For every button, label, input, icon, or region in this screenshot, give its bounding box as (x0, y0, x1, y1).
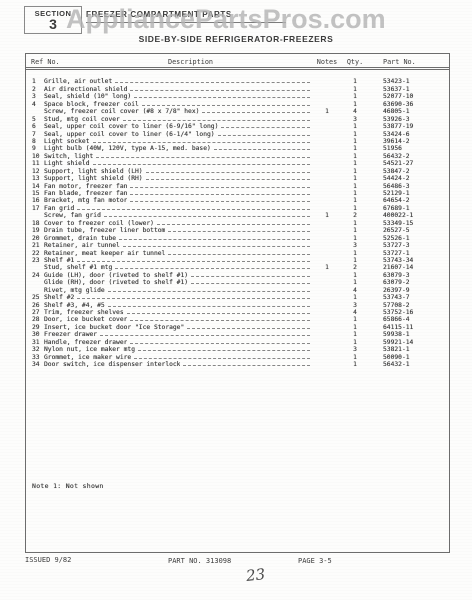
description-text: Rivet, mtg glide (44, 287, 105, 294)
ref-no-cell: 30 (26, 331, 44, 338)
leader-dashes (134, 358, 310, 359)
leader-dashes (115, 268, 310, 269)
part-no-cell: 53637-1 (369, 86, 449, 93)
leader-dashes (130, 343, 310, 344)
part-no-cell: 39614-2 (369, 138, 449, 145)
ref-no-cell: 1 (26, 78, 44, 85)
table-row: 14Fan motor, freezer fan156486-3 (26, 182, 449, 189)
table-row: Glide (RH), door (riveted to shelf #1)16… (26, 279, 449, 286)
ref-no-cell: 23 (26, 257, 44, 264)
description-text: Freezer drawer (44, 331, 97, 338)
leader-dashes (214, 149, 310, 150)
leader-dashes (93, 142, 311, 143)
part-no-cell: 65866-4 (369, 316, 449, 323)
description-text: Glide (RH), door (riveted to shelf #1) (44, 279, 188, 286)
table-row: 33Grommet, ice maker wire150090-1 (26, 353, 449, 360)
qty-cell: 1 (341, 145, 369, 152)
description-cell: Grille, air outlet (44, 78, 313, 85)
description-cell: Air directional shield (44, 86, 313, 93)
ref-no-cell: 10 (26, 153, 44, 160)
qty-cell: 1 (341, 339, 369, 346)
description-text: Grommet, drain tube (44, 235, 116, 242)
description-text: Seal, upper coil cover to liner (6-1/4" … (44, 131, 215, 138)
handwritten-page-number: 23 (245, 565, 266, 585)
description-cell: Grommet, drain tube (44, 235, 313, 242)
qty-cell: 1 (341, 279, 369, 286)
qty-cell: 1 (341, 131, 369, 138)
description-cell: Guide (LH), door (riveted to shelf #1) (44, 272, 313, 279)
qty-cell: 3 (341, 302, 369, 309)
description-cell: Cover to freezer coil (lower) (44, 220, 313, 227)
ref-no-cell: 29 (26, 324, 44, 331)
description-cell: Retainer, air tunnel (44, 242, 313, 249)
ref-no-cell: 2 (26, 86, 44, 93)
description-text: Bracket, mtg fan motor (44, 197, 127, 204)
table-row: 32Nylon nut, ice maker mtg353821-1 (26, 346, 449, 353)
ref-no-cell: 34 (26, 361, 44, 368)
ref-no-cell: 21 (26, 242, 44, 249)
qty-cell: 1 (341, 93, 369, 100)
leader-dashes (168, 231, 310, 232)
table-row: Stud, shelf #1 mtg1221607-14 (26, 264, 449, 271)
col-header-ref: Ref No. (26, 58, 68, 66)
leader-dashes (202, 112, 310, 113)
footer-page-number: PAGE 3-5 (298, 557, 332, 565)
table-row: 6Seal, upper coil cover to liner (6-9/16… (26, 123, 449, 130)
qty-cell: 1 (341, 205, 369, 212)
leader-dashes (146, 179, 310, 180)
leader-dashes (146, 172, 310, 173)
part-no-cell: 53877-19 (369, 123, 449, 130)
description-text: Fan blade, freezer fan (44, 190, 127, 197)
description-cell: Seal, upper coil cover to liner (6-1/4" … (44, 131, 313, 138)
table-row: 11Light shield154521-27 (26, 160, 449, 167)
ref-no-cell: 28 (26, 316, 44, 323)
part-no-cell: 53926-3 (369, 116, 449, 123)
description-cell: Switch, light (44, 153, 313, 160)
description-text: Space block, freezer coil (44, 101, 139, 108)
part-no-cell: 53847-2 (369, 168, 449, 175)
leader-dashes (77, 209, 310, 210)
description-cell: Fan blade, freezer fan (44, 190, 313, 197)
table-header-row: Ref No. Description Notes Qty. Part No. (26, 54, 449, 70)
ref-no-cell: 11 (26, 160, 44, 167)
description-cell: Door, ice bucket cover (44, 316, 313, 323)
leader-dashes (130, 201, 310, 202)
qty-cell: 1 (341, 257, 369, 264)
qty-cell: 3 (341, 116, 369, 123)
description-cell: Light socket (44, 138, 313, 145)
part-no-cell: 53424-6 (369, 131, 449, 138)
leader-dashes (104, 216, 310, 217)
qty-cell: 4 (341, 309, 369, 316)
description-cell: Fan grid (44, 205, 313, 212)
qty-cell: 1 (341, 354, 369, 361)
table-row: 4Space block, freezer coil163690-36 (26, 100, 449, 107)
description-cell: Support, light shield (LH) (44, 168, 313, 175)
qty-cell: 1 (341, 153, 369, 160)
description-cell: Light bulb (40W, 120V, type A-15, med. b… (44, 145, 313, 152)
page-subtitle: SIDE-BY-SIDE REFRIGERATOR-FREEZERS (0, 34, 472, 44)
description-cell: Freezer drawer (44, 331, 313, 338)
description-text: Insert, ice bucket door "Ice Storage" (44, 324, 184, 331)
description-cell: Stud, mtg coil cover (44, 116, 313, 123)
part-no-cell: 50090-1 (369, 354, 449, 361)
leader-dashes (221, 127, 310, 128)
table-row: 8Light socket139614-2 (26, 138, 449, 145)
notes-cell: 1 (313, 108, 341, 115)
table-row: 16Bracket, mtg fan motor164654-2 (26, 197, 449, 204)
part-no-cell: 21607-14 (369, 264, 449, 271)
part-no-cell: 63079-3 (369, 272, 449, 279)
qty-cell: 1 (341, 272, 369, 279)
ref-no-cell: 32 (26, 346, 44, 353)
part-no-cell: 53423-1 (369, 78, 449, 85)
description-text: Trim, freezer shelves (44, 309, 124, 316)
qty-cell: 1 (341, 183, 369, 190)
col-header-qty: Qty. (341, 58, 369, 66)
col-header-desc: Description (68, 58, 313, 66)
col-header-notes: Notes (313, 58, 341, 66)
description-text: Guide (LH), door (riveted to shelf #1) (44, 272, 188, 279)
part-no-cell: 400022-1 (369, 212, 449, 219)
part-no-cell: 53349-15 (369, 220, 449, 227)
part-no-cell: 53743-7 (369, 294, 449, 301)
leader-dashes (108, 291, 310, 292)
table-row: 7Seal, upper coil cover to liner (6-1/4"… (26, 130, 449, 137)
part-no-cell: 56486-3 (369, 183, 449, 190)
qty-cell: 1 (341, 227, 369, 234)
ref-no-cell: 8 (26, 138, 44, 145)
description-cell: Door switch, ice dispenser interlock (44, 361, 313, 368)
ref-no-cell: 12 (26, 168, 44, 175)
table-row: 30Freezer drawer159938-1 (26, 331, 449, 338)
ref-no-cell: 24 (26, 272, 44, 279)
qty-cell: 1 (341, 190, 369, 197)
qty-cell: 1 (341, 361, 369, 368)
ref-no-cell: 19 (26, 227, 44, 234)
description-text: Nylon nut, ice maker mtg (44, 346, 135, 353)
table-row: 28Door, ice bucket cover165866-4 (26, 316, 449, 323)
description-cell: Shelf #1 (44, 257, 313, 264)
description-text: Drain tube, freezer liner bottom (44, 227, 165, 234)
leader-dashes (157, 224, 310, 225)
ref-no-cell: 4 (26, 101, 44, 108)
leader-dashes (183, 365, 310, 366)
description-text: Retainer, air tunnel (44, 242, 120, 249)
ref-no-cell: 33 (26, 354, 44, 361)
part-no-cell: 63079-2 (369, 279, 449, 286)
qty-cell: 2 (341, 264, 369, 271)
description-cell: Retainer, meat keeper air tunnel (44, 250, 313, 257)
description-cell: Nylon nut, ice maker mtg (44, 346, 313, 353)
table-row: 22Retainer, meat keeper air tunnel153727… (26, 249, 449, 256)
part-no-cell: 53743-34 (369, 257, 449, 264)
part-no-cell: 53821-1 (369, 346, 449, 353)
table-row: 10Switch, light156432-2 (26, 152, 449, 159)
table-row: 25Shelf #2153743-7 (26, 294, 449, 301)
leader-dashes (77, 298, 310, 299)
part-no-cell: 51956 (369, 145, 449, 152)
table-row: 26Shelf #3, #4, #5357708-2 (26, 301, 449, 308)
part-no-cell: 57708-2 (369, 302, 449, 309)
ref-no-cell: 14 (26, 183, 44, 190)
qty-cell: 1 (341, 175, 369, 182)
ref-no-cell: 15 (26, 190, 44, 197)
description-cell: Drain tube, freezer liner bottom (44, 227, 313, 234)
leader-dashes (130, 194, 310, 195)
ref-no-cell: 18 (26, 220, 44, 227)
table-row: 17Fan grid167689-1 (26, 204, 449, 211)
table-row: 1Grille, air outlet153423-1 (26, 78, 449, 85)
ref-no-cell: 20 (26, 235, 44, 242)
description-text: Cover to freezer coil (lower) (44, 220, 154, 227)
table-row: 12Support, light shield (LH)153847-2 (26, 167, 449, 174)
description-cell: Insert, ice bucket door "Ice Storage" (44, 324, 313, 331)
qty-cell: 1 (341, 294, 369, 301)
leader-dashes (96, 157, 310, 158)
leader-dashes (191, 276, 310, 277)
qty-cell: 1 (341, 78, 369, 85)
part-no-cell: 52129-1 (369, 190, 449, 197)
description-cell: Stud, shelf #1 mtg (44, 264, 313, 271)
table-row: 23Shelf #1153743-34 (26, 257, 449, 264)
ref-no-cell: 25 (26, 294, 44, 301)
qty-cell: 1 (341, 101, 369, 108)
description-text: Light socket (44, 138, 90, 145)
description-cell: Grommet, ice maker wire (44, 354, 313, 361)
leader-dashes (168, 254, 310, 255)
description-cell: Light shield (44, 160, 313, 167)
description-text: Air directional shield (44, 86, 127, 93)
ref-no-cell: 27 (26, 309, 44, 316)
description-cell: Seal, upper coil cover to liner (6-9/16"… (44, 123, 313, 130)
qty-cell: 1 (341, 168, 369, 175)
leader-dashes (127, 313, 310, 314)
table-row: 13Support, light shield (RH)154424-2 (26, 175, 449, 182)
part-no-cell: 54424-2 (369, 175, 449, 182)
part-no-cell: 63690-36 (369, 101, 449, 108)
leader-dashes (130, 90, 310, 91)
ref-no-cell: 13 (26, 175, 44, 182)
part-no-cell: 59938-1 (369, 331, 449, 338)
ref-no-cell: 26 (26, 302, 44, 309)
leader-dashes (187, 328, 310, 329)
footer-issued-date: ISSUED 9/82 (25, 556, 71, 564)
col-header-part: Part No. (369, 58, 449, 66)
table-row: 34Door switch, ice dispenser interlock15… (26, 361, 449, 368)
description-cell: Handle, freezer drawer (44, 339, 313, 346)
section-box: SECTION 3 (24, 6, 82, 34)
qty-cell: 3 (341, 242, 369, 249)
table-row: Screw, freezer coil cover (#8 x 7/8" hex… (26, 108, 449, 115)
description-text: Support, light shield (RH) (44, 175, 143, 182)
table-row: 31Handle, freezer drawer159921-14 (26, 338, 449, 345)
qty-cell: 1 (341, 138, 369, 145)
ref-no-cell: 5 (26, 116, 44, 123)
description-text: Grommet, ice maker wire (44, 354, 131, 361)
part-no-cell: 46805-1 (369, 108, 449, 115)
table-row: 5Stud, mtg coil cover353926-3 (26, 115, 449, 122)
qty-cell: 1 (341, 331, 369, 338)
description-cell: Screw, fan grid (44, 212, 313, 219)
description-text: Shelf #2 (44, 294, 74, 301)
leader-dashes (130, 320, 310, 321)
description-text: Grille, air outlet (44, 78, 112, 85)
leader-dashes (142, 105, 310, 106)
description-text: Light bulb (40W, 120V, type A-15, med. b… (44, 145, 211, 152)
description-cell: Screw, freezer coil cover (#8 x 7/8" hex… (44, 108, 313, 115)
leader-dashes (123, 246, 310, 247)
description-text: Shelf #3, #4, #5 (44, 302, 105, 309)
leader-dashes (77, 261, 310, 262)
qty-cell: 1 (341, 160, 369, 167)
description-text: Screw, freezer coil cover (#8 x 7/8" hex… (44, 108, 199, 115)
table-row: 9Light bulb (40W, 120V, type A-15, med. … (26, 145, 449, 152)
part-no-cell: 53727-1 (369, 250, 449, 257)
table-row: 20Grommet, drain tube152526-1 (26, 234, 449, 241)
ref-no-cell: 17 (26, 205, 44, 212)
qty-cell: 1 (341, 235, 369, 242)
footnote: Note 1: Not shown (32, 482, 104, 490)
description-text: Seal, shield (10" long) (44, 93, 131, 100)
description-text: Retainer, meat keeper air tunnel (44, 250, 165, 257)
leader-dashes (108, 306, 310, 307)
description-cell: Seal, shield (10" long) (44, 93, 313, 100)
qty-cell: 1 (341, 324, 369, 331)
description-cell: Space block, freezer coil (44, 101, 313, 108)
description-text: Switch, light (44, 153, 93, 160)
description-text: Support, light shield (LH) (44, 168, 143, 175)
table-row: 29Insert, ice bucket door "Ice Storage"1… (26, 323, 449, 330)
qty-cell: 4 (341, 108, 369, 115)
ref-no-cell: 6 (26, 123, 44, 130)
part-no-cell: 52526-1 (369, 235, 449, 242)
description-text: Screw, fan grid (44, 212, 101, 219)
table-row: Screw, fan grid12400022-1 (26, 212, 449, 219)
ref-no-cell: 31 (26, 339, 44, 346)
table-row: Rivet, mtg glide426397-9 (26, 286, 449, 293)
qty-cell: 1 (341, 197, 369, 204)
description-text: Door switch, ice dispenser interlock (44, 361, 180, 368)
page-title: FREEZER COMPARTMENT PARTS (86, 10, 286, 23)
parts-table: Ref No. Description Notes Qty. Part No. … (25, 53, 450, 553)
description-cell: Trim, freezer shelves (44, 309, 313, 316)
description-text: Handle, freezer drawer (44, 339, 127, 346)
leader-dashes (130, 187, 310, 188)
leader-dashes (138, 350, 310, 351)
table-row: 15Fan blade, freezer fan152129-1 (26, 190, 449, 197)
description-cell: Shelf #2 (44, 294, 313, 301)
description-text: Door, ice bucket cover (44, 316, 127, 323)
parts-table-body: 1Grille, air outlet153423-12Air directio… (26, 70, 449, 368)
part-no-cell: 64654-2 (369, 197, 449, 204)
part-no-cell: 53727-3 (369, 242, 449, 249)
part-no-cell: 64115-11 (369, 324, 449, 331)
footer-part-number: PART NO. 313098 (168, 557, 231, 565)
qty-cell: 1 (341, 86, 369, 93)
part-no-cell: 59921-14 (369, 339, 449, 346)
description-text: Shelf #1 (44, 257, 74, 264)
table-row: 18Cover to freezer coil (lower)153349-15 (26, 219, 449, 226)
part-no-cell: 67689-1 (369, 205, 449, 212)
table-row: 19Drain tube, freezer liner bottom126527… (26, 227, 449, 234)
qty-cell: 1 (341, 316, 369, 323)
ref-no-cell: 3 (26, 93, 44, 100)
qty-cell: 3 (341, 346, 369, 353)
part-no-cell: 52077-10 (369, 93, 449, 100)
description-text: Fan grid (44, 205, 74, 212)
ref-no-cell: 16 (26, 197, 44, 204)
qty-cell: 2 (341, 212, 369, 219)
description-cell: Support, light shield (RH) (44, 175, 313, 182)
qty-cell: 1 (341, 250, 369, 257)
description-cell: Shelf #3, #4, #5 (44, 302, 313, 309)
qty-cell: 1 (341, 123, 369, 130)
description-cell: Glide (RH), door (riveted to shelf #1) (44, 279, 313, 286)
description-text: Stud, shelf #1 mtg (44, 264, 112, 271)
part-no-cell: 54521-27 (369, 160, 449, 167)
table-row: 27Trim, freezer shelves453752-16 (26, 309, 449, 316)
leader-dashes (134, 97, 310, 98)
leader-dashes (123, 120, 310, 121)
description-cell: Bracket, mtg fan motor (44, 197, 313, 204)
part-no-cell: 56432-1 (369, 361, 449, 368)
table-row: 24Guide (LH), door (riveted to shelf #1)… (26, 271, 449, 278)
section-number: 3 (25, 18, 81, 31)
description-text: Stud, mtg coil cover (44, 116, 120, 123)
scanned-parts-list-page: SECTION 3 FREEZER COMPARTMENT PARTS Appl… (0, 0, 472, 600)
part-no-cell: 53752-16 (369, 309, 449, 316)
table-row: 21Retainer, air tunnel353727-3 (26, 242, 449, 249)
table-row: 3Seal, shield (10" long)152077-10 (26, 93, 449, 100)
leader-dashes (115, 82, 310, 83)
table-row: 2Air directional shield153637-1 (26, 85, 449, 92)
part-no-cell: 26397-9 (369, 287, 449, 294)
ref-no-cell: 22 (26, 250, 44, 257)
part-no-cell: 56432-2 (369, 153, 449, 160)
description-text: Seal, upper coil cover to liner (6-9/16"… (44, 123, 218, 130)
ref-no-cell: 7 (26, 131, 44, 138)
qty-cell: 4 (341, 287, 369, 294)
notes-cell: 1 (313, 264, 341, 271)
qty-cell: 1 (341, 220, 369, 227)
leader-dashes (100, 335, 310, 336)
notes-cell: 1 (313, 212, 341, 219)
description-text: Light shield (44, 160, 90, 167)
leader-dashes (191, 283, 310, 284)
ref-no-cell: 9 (26, 145, 44, 152)
description-text: Fan motor, freezer fan (44, 183, 127, 190)
part-no-cell: 26527-5 (369, 227, 449, 234)
leader-dashes (119, 239, 310, 240)
description-cell: Fan motor, freezer fan (44, 183, 313, 190)
leader-dashes (218, 135, 310, 136)
description-cell: Rivet, mtg glide (44, 287, 313, 294)
leader-dashes (93, 164, 311, 165)
